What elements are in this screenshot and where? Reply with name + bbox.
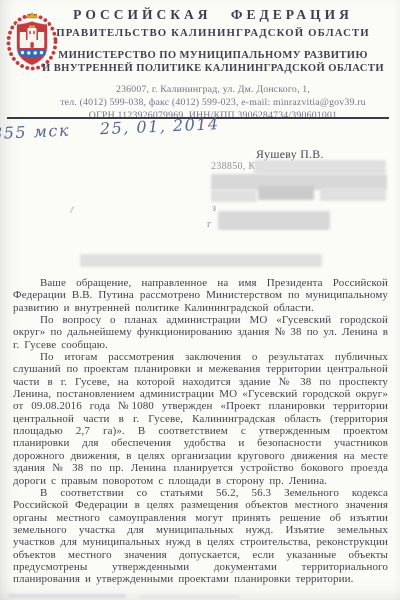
handwritten-number: 355 мск	[0, 121, 70, 143]
recipient-address-redaction-6	[218, 211, 330, 230]
paragraph-land-code: В соответствии со статьями 56.2, 56.3 Зе…	[13, 487, 388, 586]
recipient-address-redaction-5	[320, 188, 386, 201]
letterhead-ministry-line1: МИНИСТЕРСТВО ПО МУНИЦИПАЛЬНОМУ РАЗВИТИЮ	[32, 49, 394, 62]
letterhead-ministry-line2: И ВНУТРЕННЕЙ ПОЛИТИКЕ КАЛИНИНГРАДСКОЙ ОБ…	[32, 62, 394, 75]
recipient-address-redaction-4	[211, 190, 257, 202]
recipient-address-fragment-3: г	[207, 219, 211, 230]
paragraph-subject: По вопросу о планах администрации МО «Гу…	[13, 314, 388, 351]
scanned-letter-page: РОССИЙСКАЯ ФЕДЕРАЦИЯ ПРАВИТЕЛЬСТВО КАЛИН…	[0, 0, 400, 600]
salutation-redaction	[80, 254, 322, 267]
letter-body: Ваше обращение, направленное на имя През…	[13, 277, 388, 586]
letterhead-postal-address: 236007, г. Калининград, ул. Дм. Донского…	[32, 83, 394, 96]
recipient-address-fragment-2: з	[212, 203, 216, 214]
recipient-address-redaction-1	[254, 160, 386, 174]
letterhead: РОССИЙСКАЯ ФЕДЕРАЦИЯ ПРАВИТЕЛЬСТВО КАЛИН…	[32, 7, 394, 122]
paragraph-acknowledgement: Ваше обращение, направленное на имя През…	[13, 277, 388, 314]
letterhead-ministry: МИНИСТЕРСТВО ПО МУНИЦИПАЛЬНОМУ РАЗВИТИЮ …	[32, 49, 394, 75]
recipient-address-redaction-3	[258, 186, 314, 200]
letterhead-phone-fax-email: тел. (4012) 599-038, факс (4012) 599-023…	[32, 96, 394, 109]
letterhead-government: ПРАВИТЕЛЬСТВО КАЛИНИНГРАДСКОЙ ОБЛАСТИ	[32, 27, 394, 39]
bottom-cutoff-smudge-2	[140, 595, 240, 598]
bottom-cutoff-smudge	[8, 594, 126, 598]
handwritten-date: 25, 01, 2014	[99, 114, 219, 138]
letterhead-country: РОССИЙСКАЯ ФЕДЕРАЦИЯ	[32, 7, 394, 23]
recipient-address-fragment-1: 238850, К	[211, 161, 255, 172]
stray-pen-mark	[69, 206, 74, 213]
paragraph-planning-project: По итогам рассмотрения заключения о резу…	[13, 351, 388, 487]
